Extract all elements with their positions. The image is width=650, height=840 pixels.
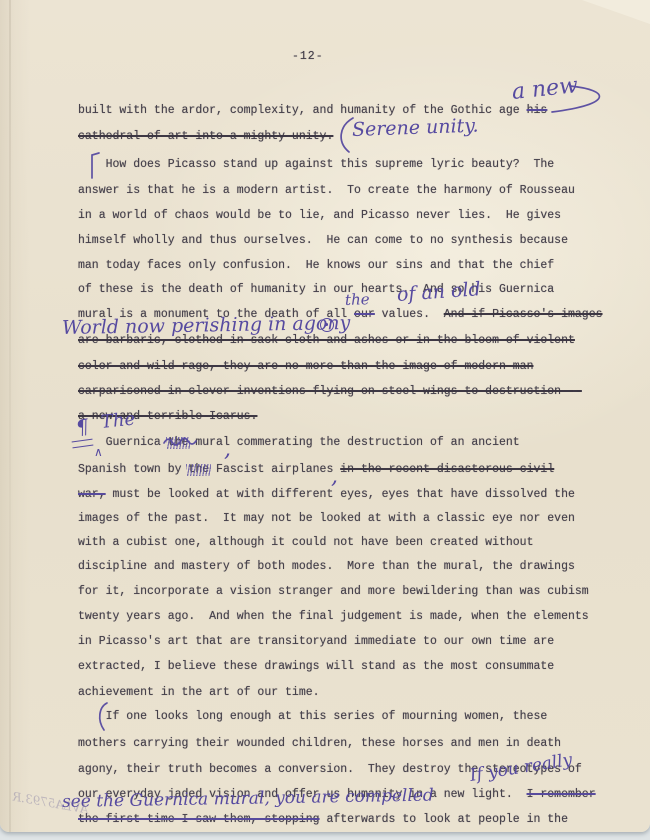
paper-crease — [9, 0, 11, 832]
typed-text: of these is the death of humanity in our… — [78, 283, 554, 296]
insert-if-you-really: If you really — [468, 750, 573, 786]
scanned-manuscript-page: -12- built with the ardor, complexity, a… — [0, 0, 650, 840]
typed-text: for it, incorporate a vision stranger an… — [78, 585, 589, 598]
comma-after-mural: , — [224, 437, 231, 462]
typed-text: images of the past. It may not be looked… — [78, 512, 575, 525]
struck-text: the — [168, 436, 189, 449]
struck-text: the — [188, 463, 209, 476]
corner-fold — [582, 0, 650, 24]
paper-sheet: -12- built with the ardor, complexity, a… — [0, 0, 650, 832]
typed-line-24: achievement in the art of our time. — [78, 686, 320, 699]
typed-text: man today faces only confusion. He knows… — [78, 259, 554, 272]
typed-text: If one looks long enough at this series … — [78, 710, 547, 723]
typed-text: afterwards to look at people in the — [320, 813, 568, 826]
typed-text: Spanish town by — [78, 463, 188, 476]
typed-line-20: for it, incorporate a vision stranger an… — [78, 585, 589, 598]
typed-line-21: twenty years ago. And when the final jud… — [78, 610, 589, 623]
page-number: -12- — [292, 50, 324, 63]
struck-text: cathedral of art into a mighty unity. — [78, 130, 333, 143]
typed-text: must be looked at with different eyes, e… — [106, 488, 575, 501]
typed-text: How does Picasso stand up against this s… — [78, 158, 554, 171]
period-dot — [325, 323, 328, 326]
typed-text: mothers carrying their wounded children,… — [78, 737, 561, 750]
comma-after-airplanes: , — [331, 464, 338, 489]
typed-line-16: war, must be looked at with different ey… — [78, 488, 575, 501]
struck-text: the first time I saw them, stopping — [78, 813, 320, 826]
typed-text: achievement in the art of our time. — [78, 686, 320, 699]
typed-text: with a cubist one, although it could not… — [78, 536, 533, 549]
typed-line-12: carparisoned in clever inventions flying… — [78, 385, 582, 398]
struck-text: our — [354, 308, 375, 321]
circled-period-mark — [320, 318, 334, 332]
typed-text: values. — [375, 308, 444, 321]
typed-text: twenty years ago. And when the final jud… — [78, 610, 589, 623]
typed-line-2: cathedral of art into a mighty unity. — [78, 130, 333, 143]
typed-line-17: images of the past. It may not be looked… — [78, 512, 575, 525]
typed-text: in Picasso's art that are transitoryand … — [78, 635, 554, 648]
typed-line-11: color and wild rage, they are no more th… — [78, 360, 533, 373]
struck-text: his — [527, 104, 548, 117]
struck-text: color and wild rage, they are no more th… — [78, 360, 533, 373]
insert-of-an-old: of an old — [396, 278, 481, 306]
typed-line-18: with a cubist one, although it could not… — [78, 536, 533, 549]
struck-text: I remember — [527, 788, 596, 801]
typed-line-26: mothers carrying their wounded children,… — [78, 737, 561, 750]
typed-line-3: How does Picasso stand up against this s… — [78, 158, 554, 171]
typed-line-25: If one looks long enough at this series … — [78, 710, 547, 723]
typed-line-4: answer is that he is a modern artist. To… — [78, 184, 575, 197]
typed-text: extracted, I believe these drawings will… — [78, 660, 554, 673]
struck-text: And if Picasso's images — [444, 308, 603, 321]
typed-text: in a world of chaos would be to lie, and… — [78, 209, 561, 222]
typed-line-14: Guernica the mural commerating the destr… — [78, 436, 520, 449]
typed-text: answer is that he is a modern artist. To… — [78, 184, 575, 197]
typed-line-8: of these is the death of humanity in our… — [78, 283, 554, 296]
struck-text: in the recent disasterous civil — [340, 463, 554, 476]
typed-text: himself wholly and thus ourselves. He ca… — [78, 234, 568, 247]
typed-line-7: man today faces only confusion. He knows… — [78, 259, 554, 272]
insert-the: the — [345, 290, 370, 309]
typed-text: Fascist airplanes — [209, 463, 340, 476]
typed-line-19: discipline and mastery of both modes. Mo… — [78, 560, 575, 573]
typed-text: discipline and mastery of both modes. Mo… — [78, 560, 575, 573]
insert-the-capital: The — [100, 408, 136, 432]
typed-line-5: in a world of chaos would be to lie, and… — [78, 209, 561, 222]
typed-text: mural commerating the destruction of an … — [188, 436, 519, 449]
insert-a-new: a new — [511, 73, 579, 105]
insert-serene-unity: Serene unity. — [352, 115, 479, 141]
typed-line-23: extracted, I believe these drawings will… — [78, 660, 554, 673]
struck-text: war, — [78, 488, 106, 501]
typed-line-6: himself wholly and thus ourselves. He ca… — [78, 234, 568, 247]
typed-line-15: Spanish town by the Fascist airplanes in… — [78, 463, 554, 476]
typed-line-22: in Picasso's art that are transitoryand … — [78, 635, 554, 648]
typed-line-29: the first time I saw them, stopping afte… — [78, 813, 568, 826]
caret-mark: ∧ — [94, 445, 103, 459]
struck-text: carparisoned in clever inventions flying… — [78, 385, 582, 398]
